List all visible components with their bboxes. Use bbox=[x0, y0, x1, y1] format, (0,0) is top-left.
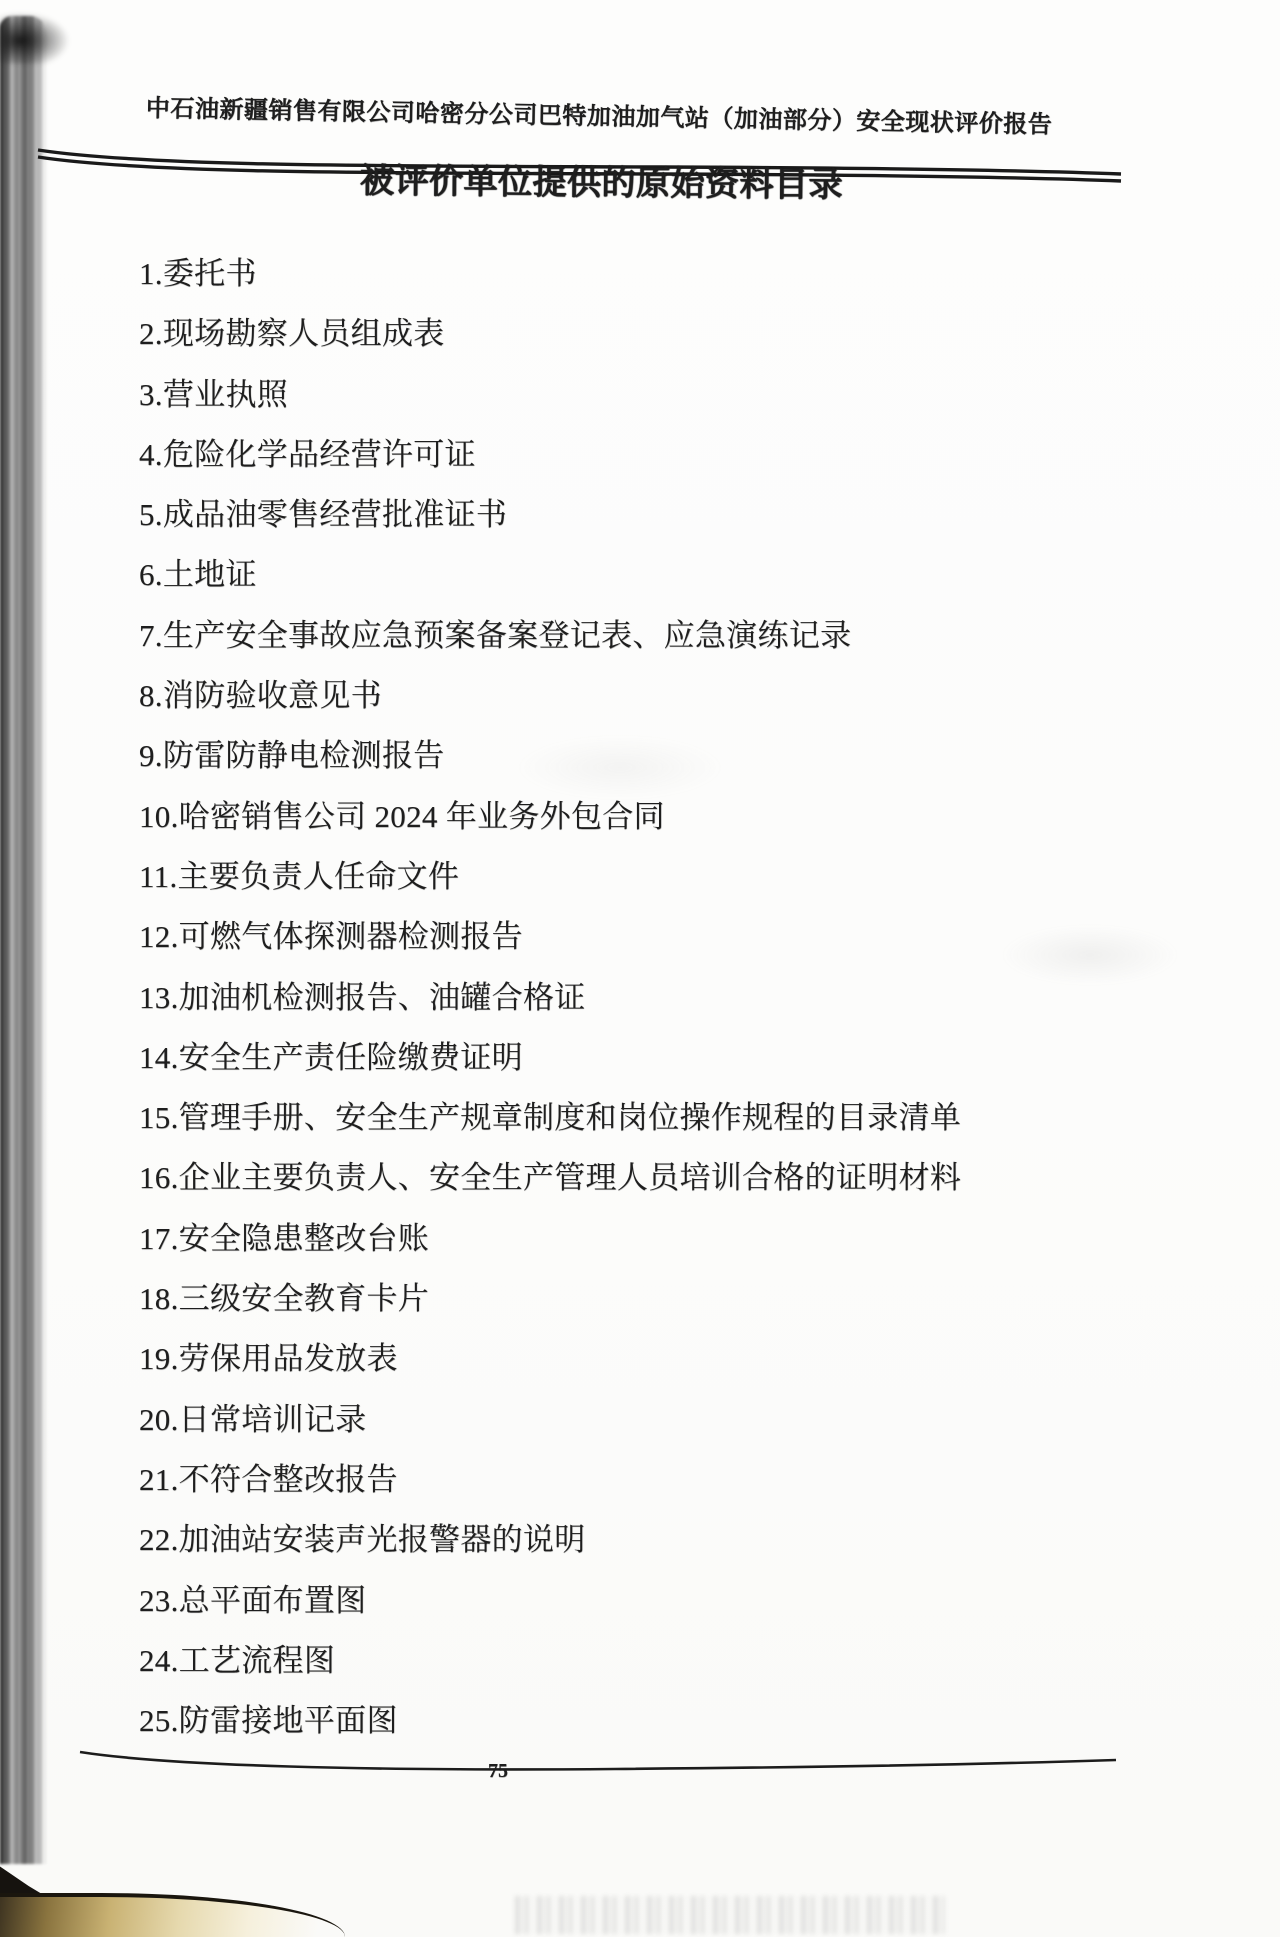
list-item: 1.委托书 bbox=[139, 256, 961, 292]
report-header: 中石油新疆销售有限公司哈密分公司巴特加油加气站（加油部分）安全现状评价报告 bbox=[146, 88, 1053, 140]
scanned-document-page: 中石油新疆销售有限公司哈密分公司巴特加油加气站（加油部分）安全现状评价报告 被评… bbox=[0, 0, 1280, 1937]
page-curl bbox=[0, 1893, 345, 1937]
list-item: 10.哈密销售公司 2024 年业务外包合同 bbox=[139, 799, 961, 835]
book-spine-top-shadow bbox=[0, 12, 70, 64]
list-item: 6.土地证 bbox=[139, 557, 961, 593]
list-item: 2.现场勘察人员组成表 bbox=[139, 316, 961, 352]
page-title: 被评价单位提供的原始资料目录 bbox=[360, 153, 843, 206]
list-item: 5.成品油零售经营批准证书 bbox=[139, 497, 961, 533]
list-item: 8.消防验收意见书 bbox=[139, 678, 961, 714]
scan-smudge bbox=[1000, 925, 1180, 985]
page-number: 75 bbox=[472, 1760, 524, 1783]
list-item: 23.总平面布置图 bbox=[139, 1583, 961, 1619]
list-item: 21.不符合整改报告 bbox=[139, 1462, 961, 1498]
list-item: 19.劳保用品发放表 bbox=[139, 1341, 961, 1377]
list-item: 15.管理手册、安全生产规章制度和岗位操作规程的目录清单 bbox=[139, 1100, 961, 1136]
list-item: 12.可燃气体探测器检测报告 bbox=[139, 919, 961, 955]
list-item: 22.加油站安装声光报警器的说明 bbox=[139, 1522, 961, 1558]
list-item: 3.营业执照 bbox=[139, 377, 961, 413]
list-item: 11.主要负责人任命文件 bbox=[139, 859, 961, 895]
list-item: 4.危险化学品经营许可证 bbox=[139, 437, 961, 473]
list-item: 18.三级安全教育卡片 bbox=[139, 1281, 961, 1317]
list-item: 13.加油机检测报告、油罐合格证 bbox=[139, 980, 961, 1016]
list-item: 7.生产安全事故应急预案备案登记表、应急演练记录 bbox=[139, 618, 961, 654]
bleed-through-smudge bbox=[515, 1896, 945, 1934]
list-item: 24.工艺流程图 bbox=[139, 1643, 961, 1679]
list-item: 16.企业主要负责人、安全生产管理人员培训合格的证明材料 bbox=[139, 1160, 961, 1196]
book-spine bbox=[0, 16, 46, 1864]
list-item: 25.防雷接地平面图 bbox=[139, 1703, 961, 1739]
list-item: 14.安全生产责任险缴费证明 bbox=[139, 1040, 961, 1076]
scan-smudge bbox=[515, 735, 725, 800]
document-list: 1.委托书 2.现场勘察人员组成表 3.营业执照 4.危险化学品经营许可证 5.… bbox=[139, 256, 961, 1763]
list-item: 17.安全隐患整改台账 bbox=[139, 1221, 961, 1257]
list-item: 20.日常培训记录 bbox=[139, 1402, 961, 1438]
